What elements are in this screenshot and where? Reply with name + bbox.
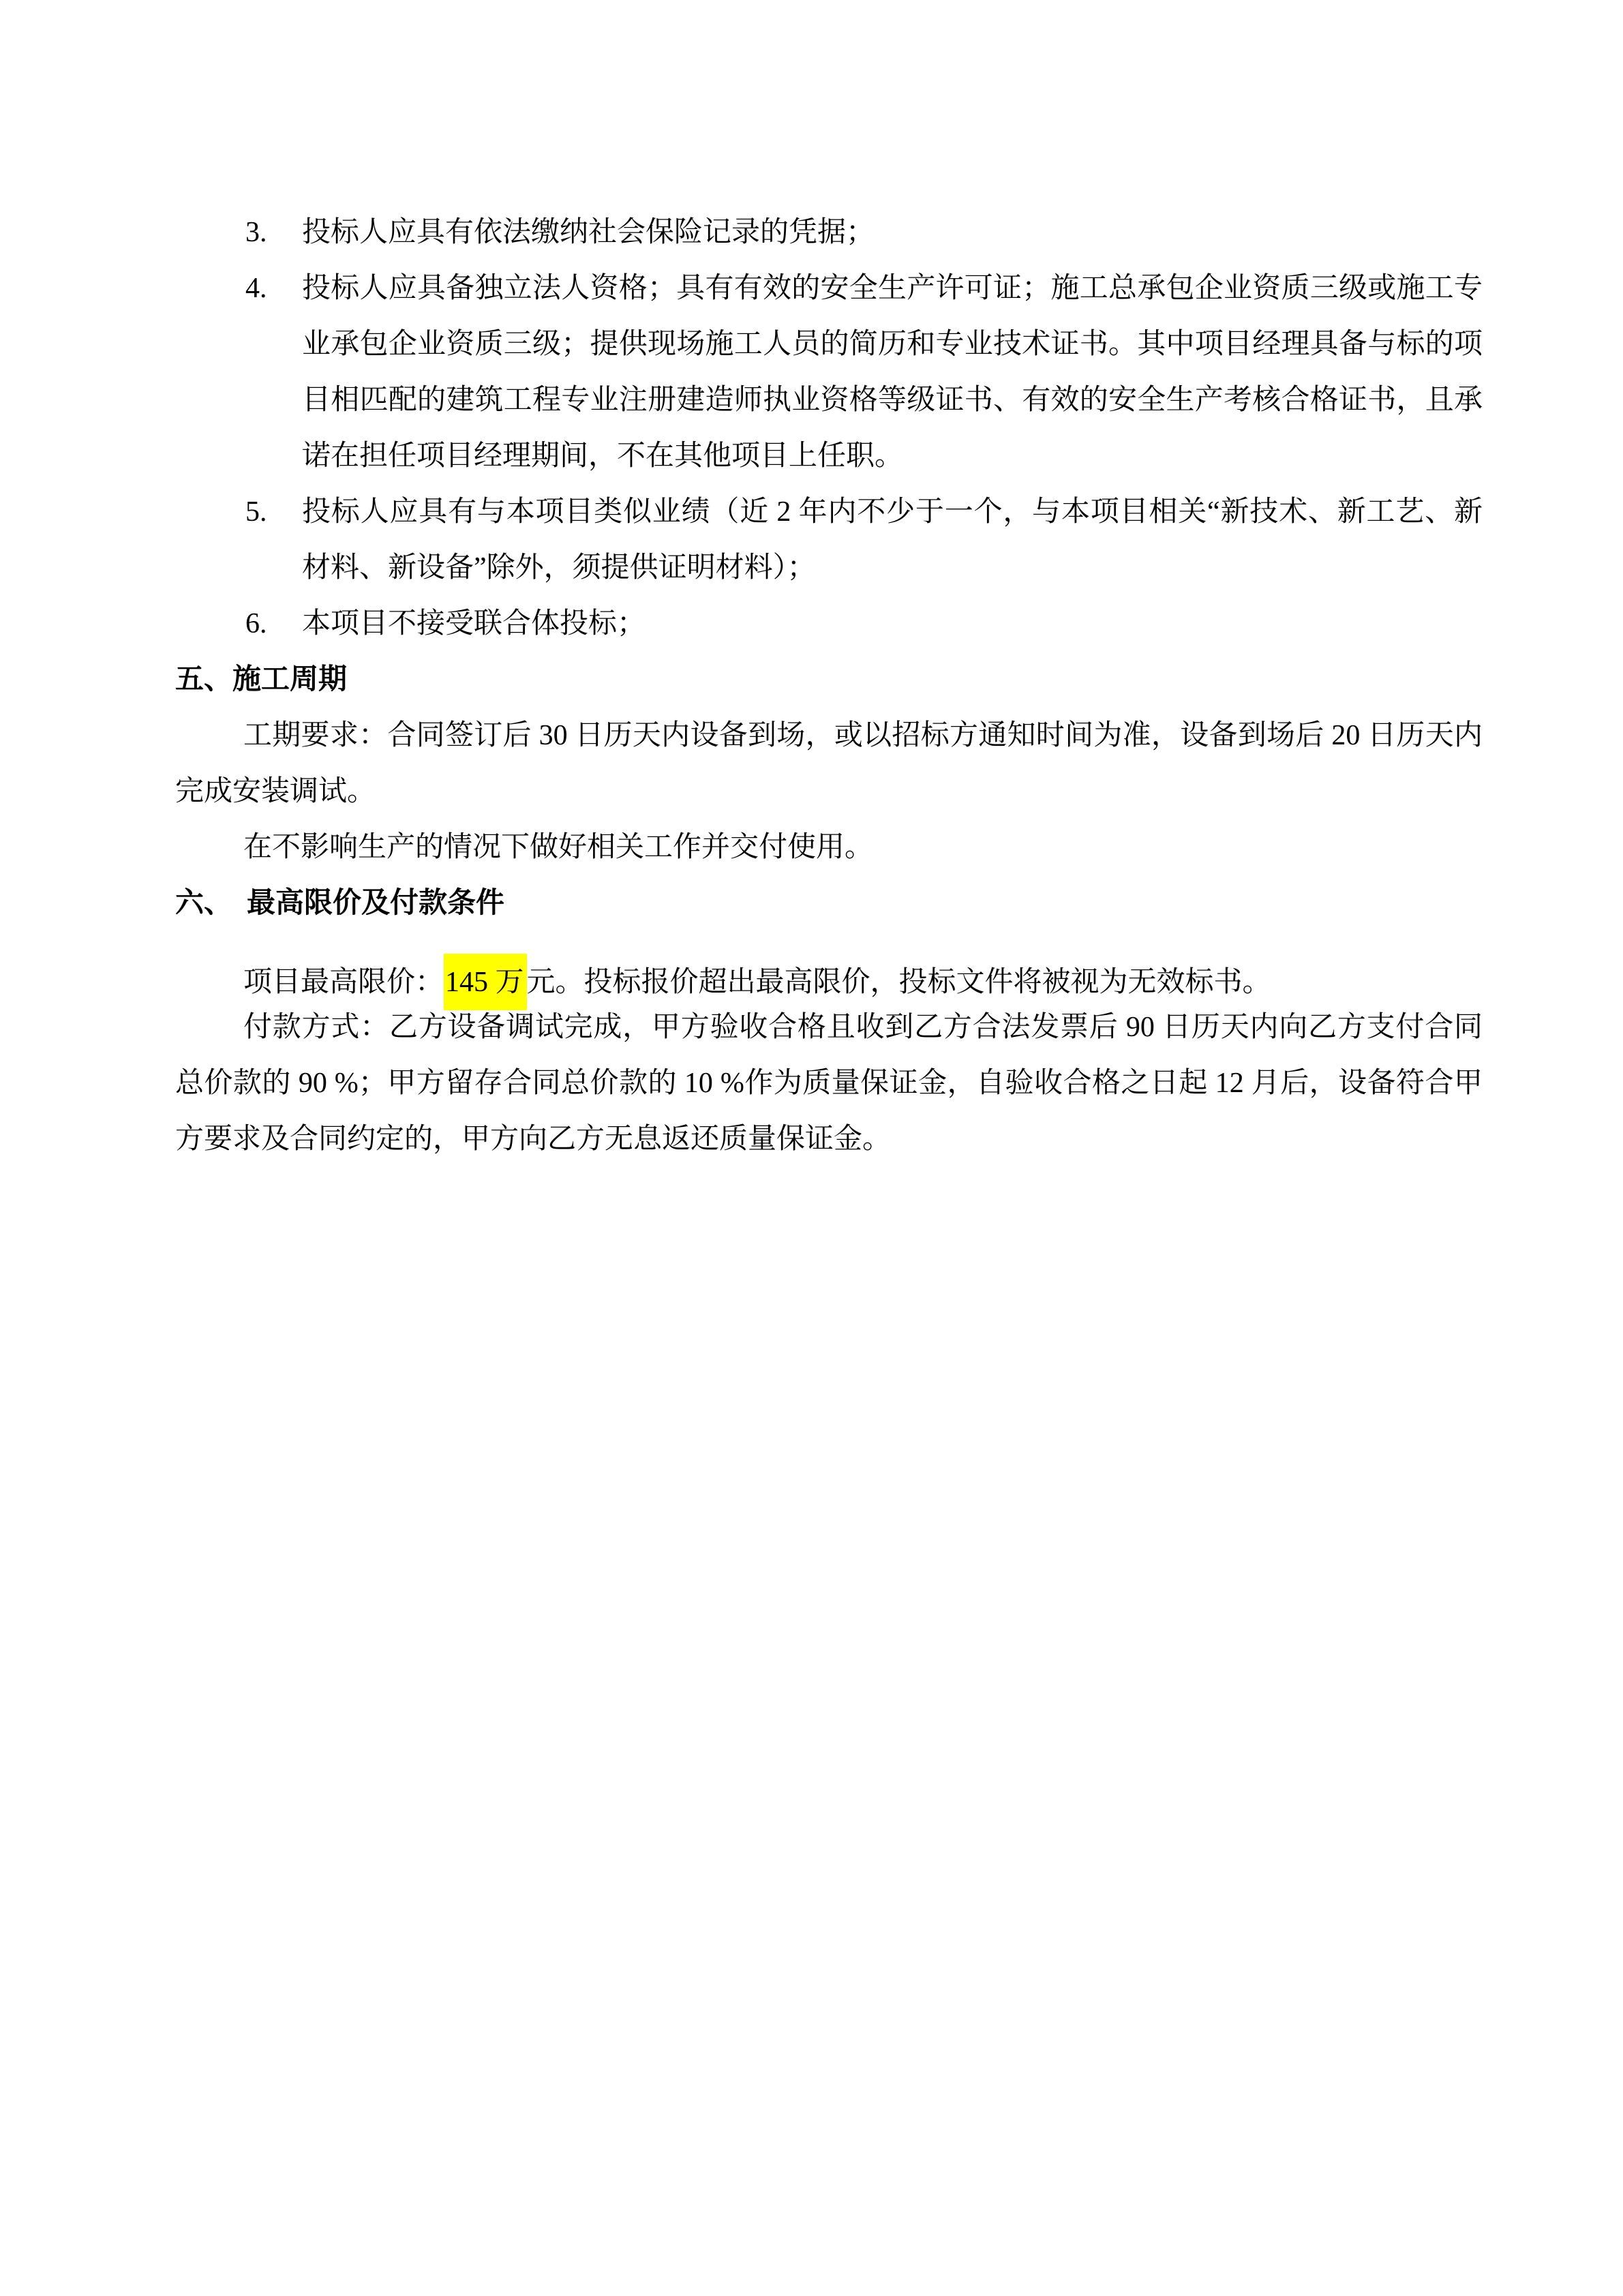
text-line: 投标人应具备独立法人资格；具有有效的安全生产许可证；施工总承包企业资质三级或施工… bbox=[302, 260, 1483, 316]
list-item-6-body: 本项目不接受联合体投标； bbox=[302, 596, 1483, 652]
list-item-3-body: 投标人应具有依法缴纳社会保险记录的凭据； bbox=[302, 205, 1483, 260]
schedule-paragraph: 工期要求：合同签订后 30 日历天内设备到场，或以招标方通知时间为准，设备到场后… bbox=[175, 708, 1483, 819]
list-item-4: 4. 投标人应具备独立法人资格；具有有效的安全生产许可证；施工总承包企业资质三级… bbox=[175, 260, 1483, 484]
list-item-6-number: 6. bbox=[245, 596, 302, 652]
document-page: 3. 投标人应具有依法缴纳社会保险记录的凭据； 4. 投标人应具备独立法人资格；… bbox=[0, 0, 1623, 2296]
payment-line-1: 付款方式：乙方设备调试完成，甲方验收合格且收到乙方合法发票后 90 日历天内向乙… bbox=[175, 999, 1483, 1055]
text-line: 本项目不接受联合体投标； bbox=[302, 596, 1483, 652]
payment-line-3: 方要求及合同约定的，甲方向乙方无息返还质量保证金。 bbox=[175, 1111, 1483, 1167]
list-item-3: 3. 投标人应具有依法缴纳社会保险记录的凭据； bbox=[175, 205, 1483, 260]
text-line: 诺在担任项目经理期间，不在其他项目上任职。 bbox=[302, 428, 1483, 484]
price-suffix: 元。投标报价超出最高限价，投标文件将被视为无效标书。 bbox=[527, 967, 1271, 998]
list-item-5-number: 5. bbox=[245, 484, 302, 540]
text-line: 投标人应具有依法缴纳社会保险记录的凭据； bbox=[302, 205, 1483, 260]
text-line: 投标人应具有与本项目类似业绩（近 2 年内不少于一个，与本项目相关“新技术、新工… bbox=[302, 484, 1483, 540]
text-line: 目相匹配的建筑工程专业注册建造师执业资格等级证书、有效的安全生产考核合格证书，且… bbox=[302, 372, 1483, 428]
list-item-5: 5. 投标人应具有与本项目类似业绩（近 2 年内不少于一个，与本项目相关“新技术… bbox=[175, 484, 1483, 596]
list-item-6: 6. 本项目不接受联合体投标； bbox=[175, 596, 1483, 652]
list-item-4-number: 4. bbox=[245, 260, 302, 316]
price-prefix: 项目最高限价： bbox=[243, 967, 444, 998]
text-line: 材料、新设备”除外，须提供证明材料）； bbox=[302, 540, 1483, 596]
list-item-3-number: 3. bbox=[245, 205, 302, 260]
list-item-5-body: 投标人应具有与本项目类似业绩（近 2 年内不少于一个，与本项目相关“新技术、新工… bbox=[302, 484, 1483, 596]
section-6-heading: 六、 最高限价及付款条件 bbox=[175, 875, 1483, 931]
payment-paragraph: 付款方式：乙方设备调试完成，甲方验收合格且收到乙方合法发票后 90 日历天内向乙… bbox=[175, 999, 1483, 1167]
document-content: 3. 投标人应具有依法缴纳社会保险记录的凭据； 4. 投标人应具备独立法人资格；… bbox=[175, 205, 1483, 1167]
text-line: 业承包企业资质三级；提供现场施工人员的简历和专业技术证书。其中项目经理具备与标的… bbox=[302, 316, 1483, 372]
payment-line-2: 总价款的 90 %；甲方留存合同总价款的 10 %作为质量保证金，自验收合格之日… bbox=[175, 1055, 1483, 1111]
schedule-line-2: 完成安装调试。 bbox=[175, 764, 1483, 819]
section-5-heading: 五、施工周期 bbox=[175, 652, 1483, 708]
list-item-4-body: 投标人应具备独立法人资格；具有有效的安全生产许可证；施工总承包企业资质三级或施工… bbox=[302, 260, 1483, 484]
schedule-line-1: 工期要求：合同签订后 30 日历天内设备到场，或以招标方通知时间为准，设备到场后… bbox=[175, 708, 1483, 764]
handover-paragraph: 在不影响生产的情况下做好相关工作并交付使用。 bbox=[175, 819, 1483, 875]
